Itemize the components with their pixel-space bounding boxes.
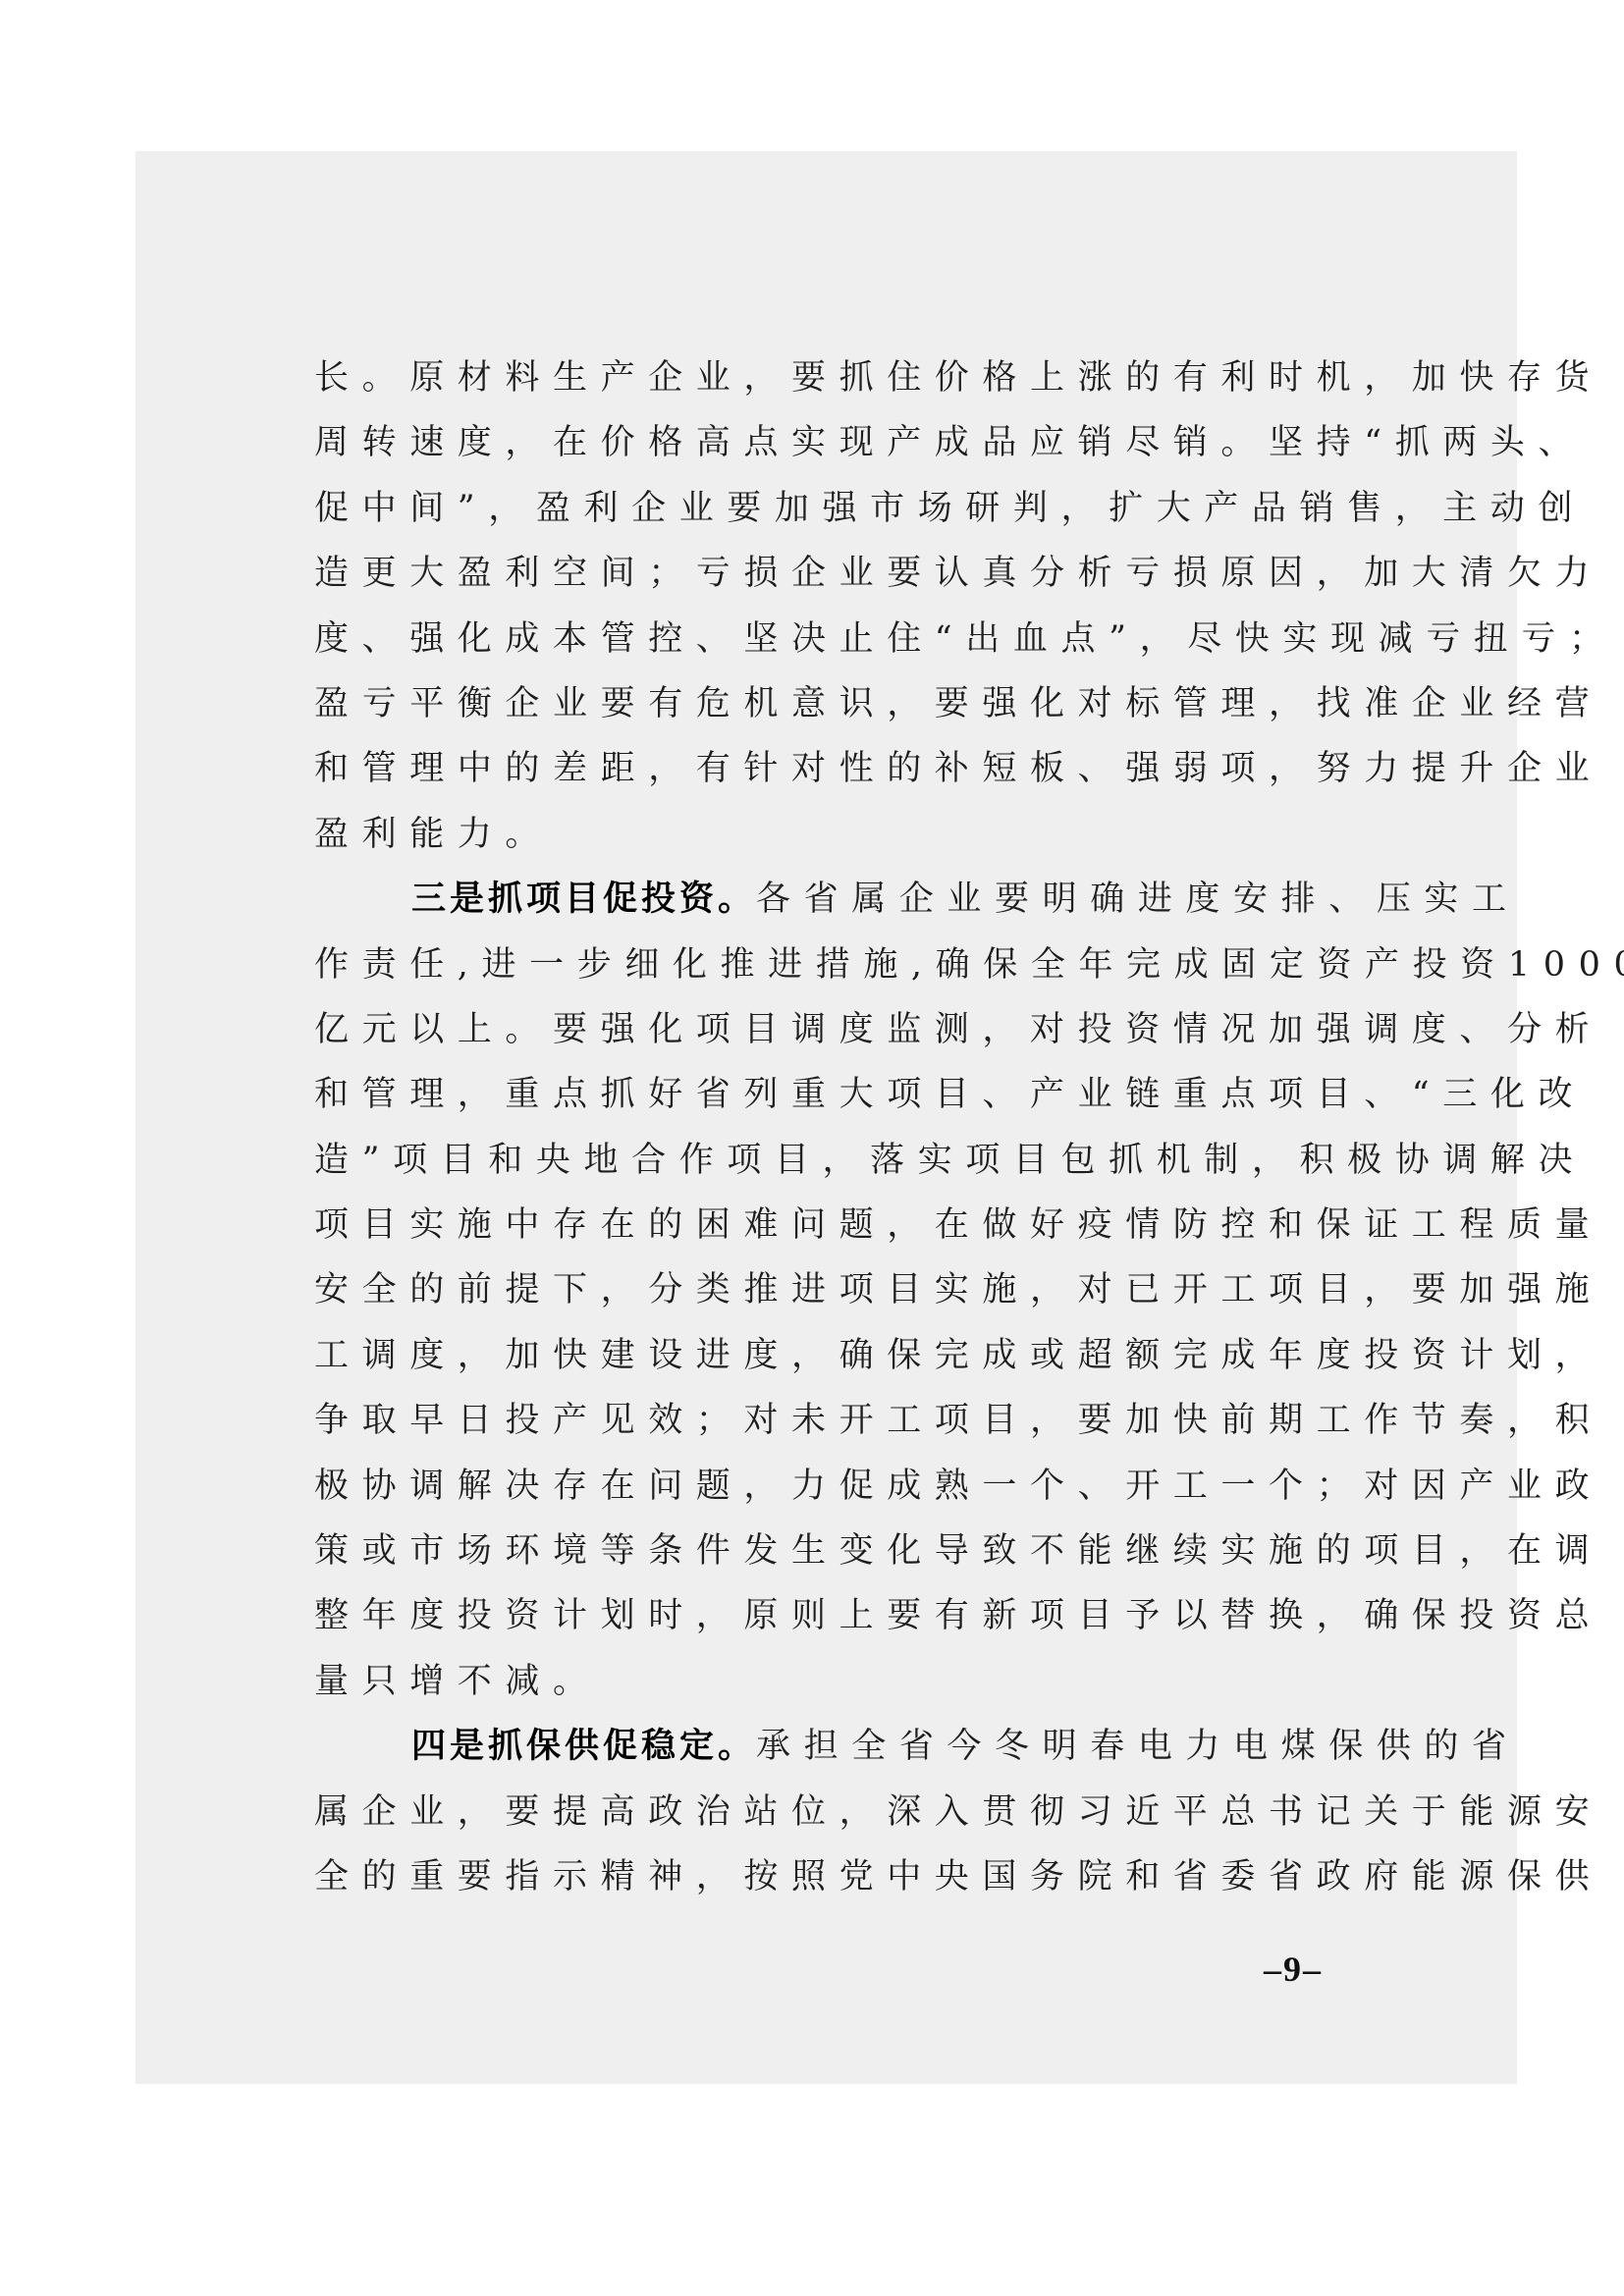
text-line: 和管理中的差距，有针对性的补短板、强弱项，努力提升企业	[314, 736, 1340, 801]
text-line: 作责任,进一步细化推进措施,确保全年完成固定资产投资1000	[314, 933, 1340, 997]
text-line: 项目实施中存在的困难问题，在做好疫情防控和保证工程质量	[314, 1193, 1340, 1257]
text-line: 工调度，加快建设进度，确保完成或超额完成年度投资计划，	[314, 1323, 1340, 1388]
paragraph-heading-line: 四是抓保供促稳定。承担全省今冬明春电力电煤保供的省	[314, 1714, 1340, 1779]
text-line: 周转速度，在价格高点实现产成品应销尽销。坚持“抓两头、	[314, 410, 1340, 475]
text-line: 整年度投资计划时，原则上要有新项目予以替换，确保投资总	[314, 1583, 1340, 1648]
text-line: 造”项目和央地合作项目，落实项目包抓机制，积极协调解决	[314, 1128, 1340, 1193]
text-line: 盈利能力。	[314, 802, 1340, 867]
section-heading-investment: 三是抓项目促投资。	[411, 879, 756, 919]
text-run: 各省属企业要明确进度安排、压实工	[756, 880, 1520, 919]
text-line: 长。原材料生产企业，要抓住价格上涨的有利时机，加快存货	[314, 346, 1340, 410]
section-heading-supply: 四是抓保供促稳定。	[411, 1726, 756, 1766]
text-line: 争取早日投产见效；对未开工项目，要加快前期工作节奏，积	[314, 1388, 1340, 1453]
text-run: 承担全省今冬明春电力电煤保供的省	[756, 1727, 1520, 1766]
text-line: 盈亏平衡企业要有危机意识，要强化对标管理，找准企业经营	[314, 671, 1340, 736]
document-body: 长。原材料生产企业，要抓住价格上涨的有利时机，加快存货 周转速度，在价格高点实现…	[314, 346, 1345, 1909]
text-line: 造更大盈利空间；亏损企业要认真分析亏损原因，加大清欠力	[314, 541, 1340, 606]
text-line: 属企业，要提高政治站位，深入贯彻习近平总书记关于能源安	[314, 1780, 1340, 1844]
paragraph-heading-line: 三是抓项目促投资。各省属企业要明确进度安排、压实工	[314, 867, 1340, 932]
text-line: 策或市场环境等条件发生变化导致不能继续实施的项目，在调	[314, 1519, 1340, 1583]
text-line: 安全的前提下，分类推进项目实施，对已开工项目，要加强施	[314, 1257, 1340, 1322]
text-line: 和管理，重点抓好省列重大项目、产业链重点项目、“三化改	[314, 1062, 1340, 1127]
text-line: 极协调解决存在问题，力促成熟一个、开工一个；对因产业政	[314, 1454, 1340, 1519]
text-line: 量只增不减。	[314, 1649, 1340, 1714]
text-line: 亿元以上。要强化项目调度监测，对投资情况加强调度、分析	[314, 997, 1340, 1062]
text-line: 度、强化成本管控、坚决止住“出血点”，尽快实现减亏扭亏；	[314, 607, 1340, 671]
page-number: –9–	[1264, 1949, 1323, 1990]
text-line: 促中间”，盈利企业要加强市场研判，扩大产品销售，主动创	[314, 476, 1340, 541]
text-line: 全的重要指示精神，按照党中央国务院和省委省政府能源保供	[314, 1844, 1340, 1909]
